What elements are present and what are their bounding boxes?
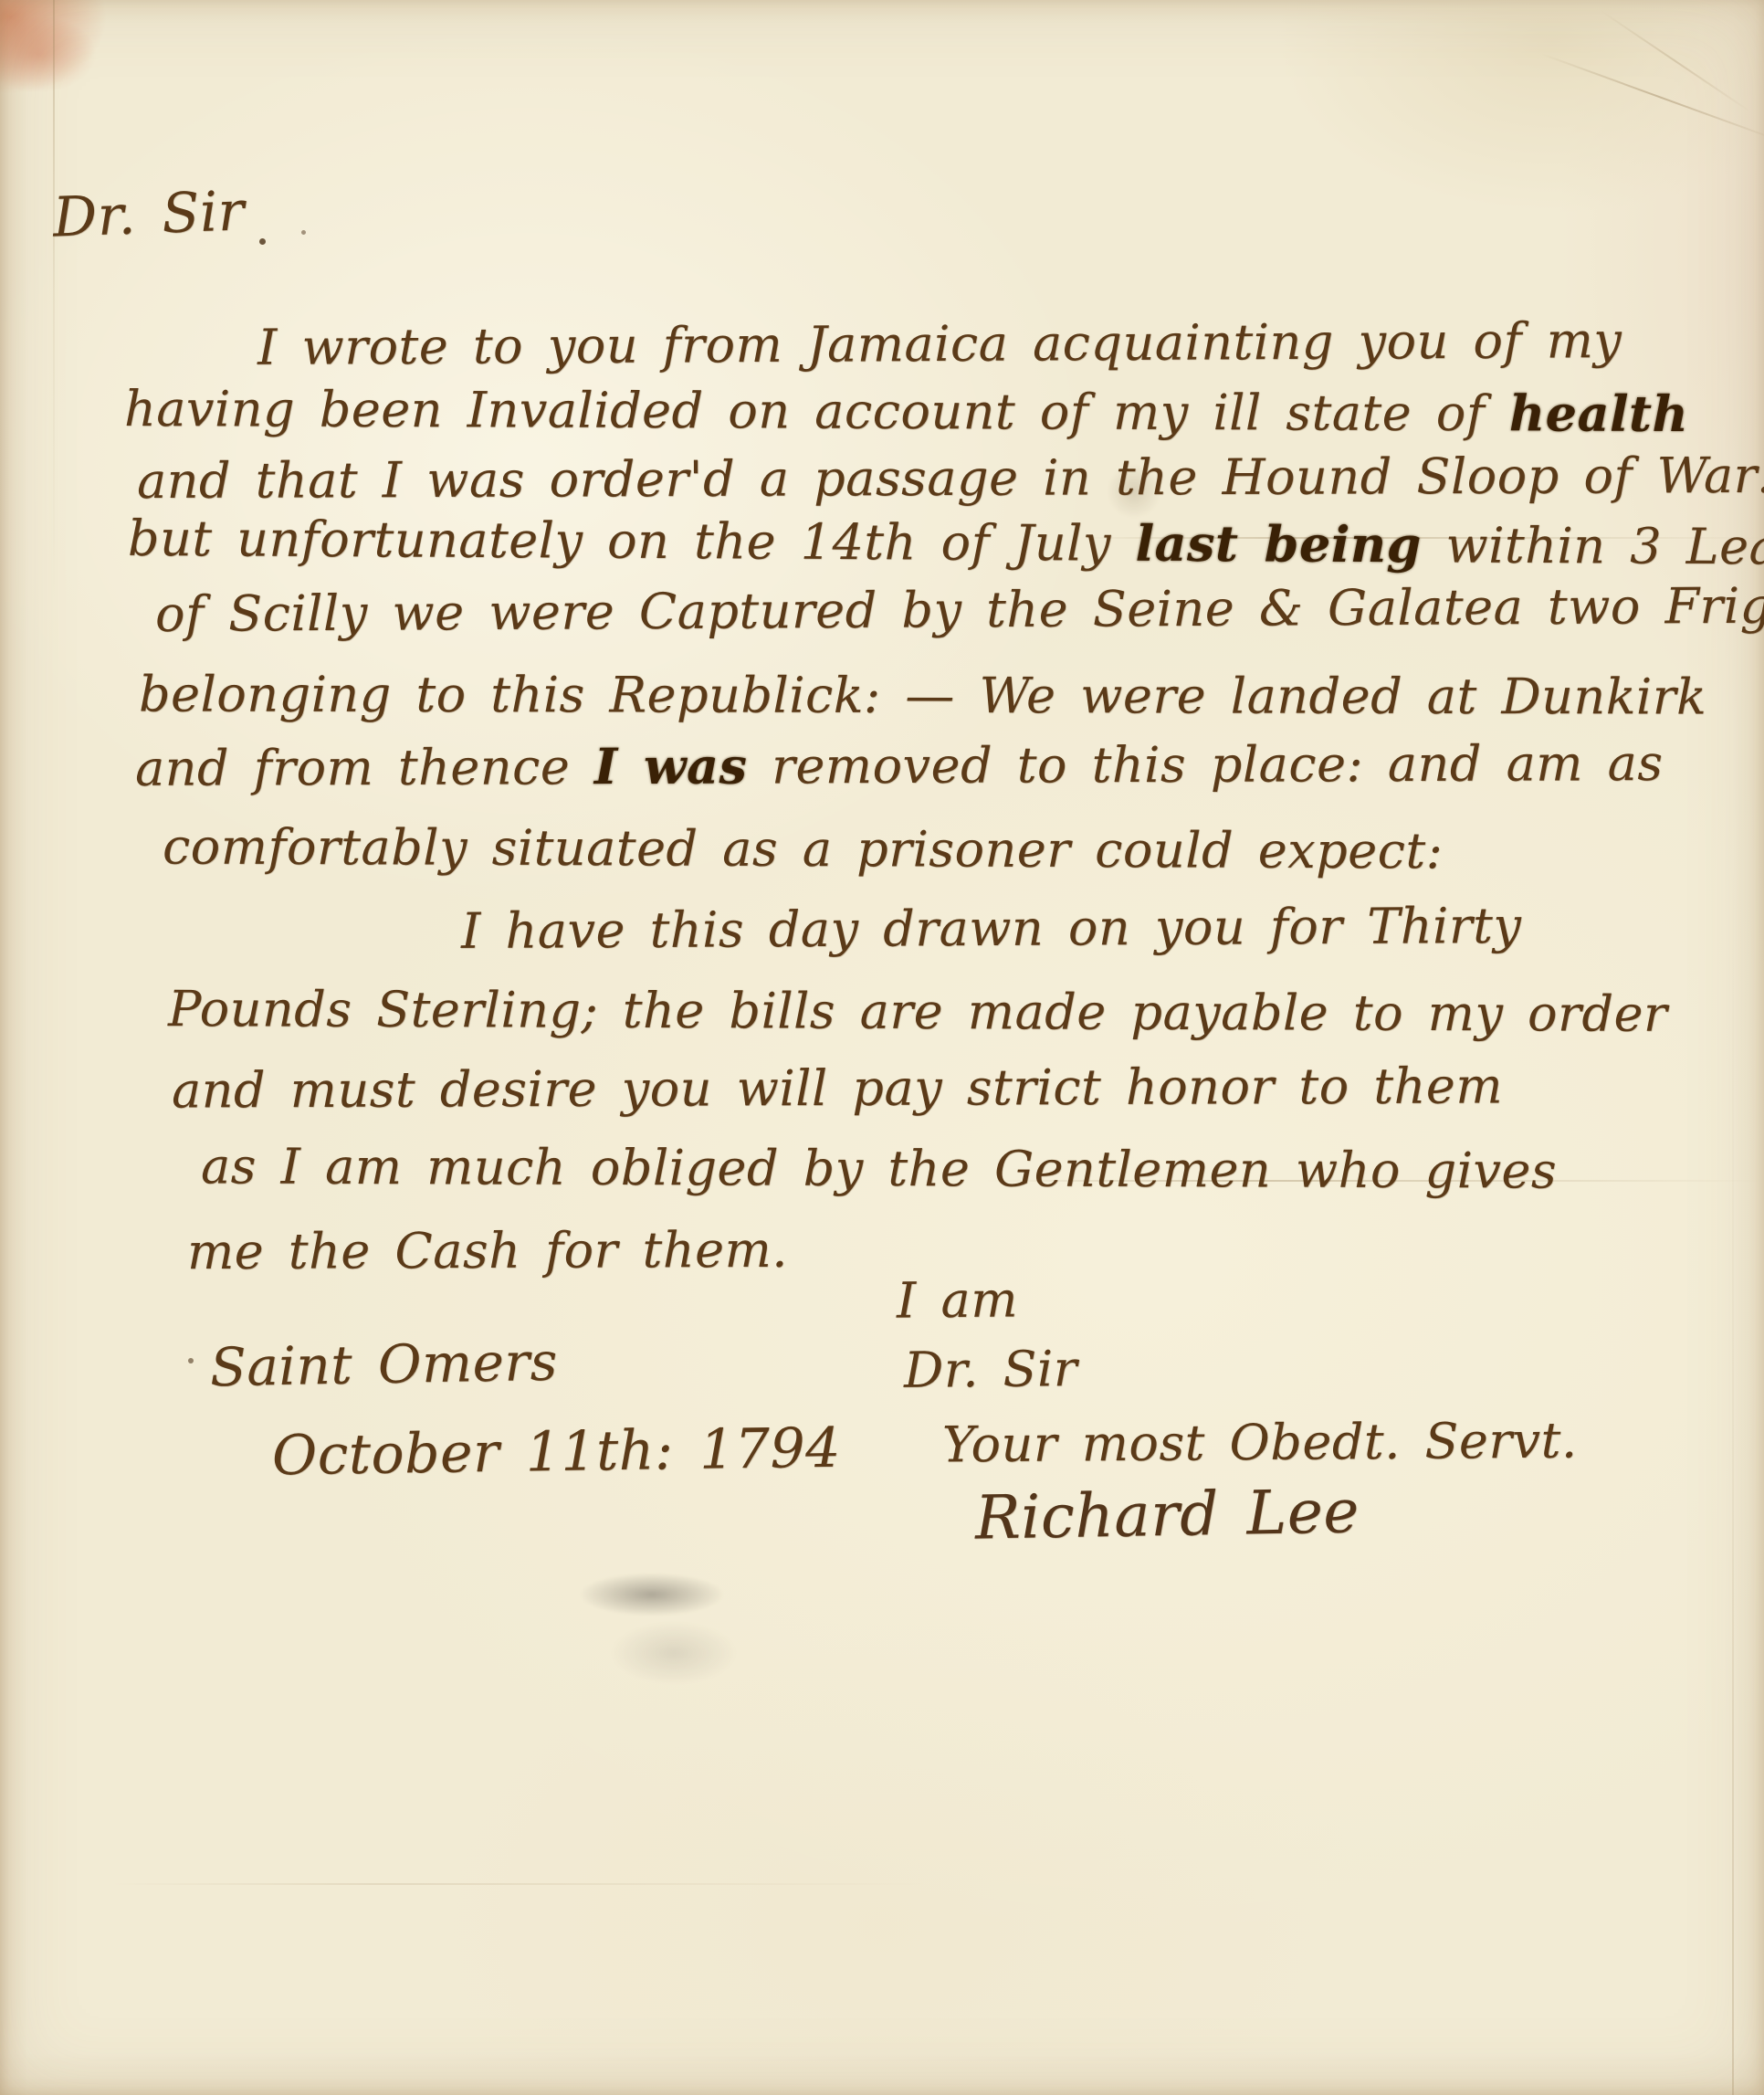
closing-obedient-servant: Your most Obedt. Servt.: [942, 1412, 1578, 1474]
letter-text: and from thence: [135, 738, 594, 797]
letter-line-p1-8: comfortably situated as a prisoner could…: [163, 818, 1444, 880]
struck-words: last being: [1135, 514, 1422, 574]
letter-line-p2-2: Pounds Sterling; the bills are made paya…: [168, 980, 1667, 1043]
overwritten-word: health: [1509, 384, 1689, 443]
letter-text: within 3 Leagues: [1422, 516, 1764, 576]
letter-line-p1-7: and from thence I was removed to this pl…: [135, 733, 1664, 797]
corner-crease-top-right-2: [1599, 9, 1751, 112]
letter-line-p2-4: as I am much obliged by the Gentlemen wh…: [201, 1137, 1557, 1199]
letter-page: Dr. Sir I wrote to you from Jamaica acqu…: [0, 0, 1764, 2095]
letter-line-p1-5: of Scilly we were Captured by the Seine …: [155, 576, 1764, 643]
fold-crease-left: [53, 0, 55, 603]
letter-line-p2-1: I have this day drawn on you for Thirty: [461, 897, 1522, 960]
letter-text: but unfortunately on the 14th of July: [128, 510, 1136, 573]
signature: Richard Lee: [974, 1476, 1360, 1553]
ink-dot-1: [259, 238, 266, 245]
letter-line-p1-6: belonging to this Republick: — We were l…: [139, 666, 1706, 726]
letter-line-p1-2: having been Invalided on account of my i…: [124, 379, 1689, 443]
letter-line-p1-4: but unfortunately on the 14th of July la…: [128, 509, 1764, 576]
letter-line-p2-5: me the Cash for them.: [187, 1221, 788, 1280]
letter-line-p1-3: and that I was order'd a passage in the …: [137, 447, 1764, 510]
overwritten-words: I was: [594, 737, 748, 796]
graphite-smudge-faint: [610, 1621, 738, 1685]
ink-dot-3: [188, 1358, 194, 1363]
letter-line-p1-1: I wrote to you from Jamaica acquainting …: [257, 311, 1622, 376]
fold-crease-right: [1732, 858, 1734, 2095]
salutation: Dr. Sir: [52, 179, 246, 249]
closing-dr-sir: Dr. Sir: [904, 1340, 1078, 1399]
closing-i-am: I am: [897, 1270, 1018, 1329]
letter-line-p2-3: and must desire you will pay strict hono…: [172, 1057, 1503, 1119]
graphite-smudge: [579, 1573, 725, 1616]
dateline-place: Saint Omers: [209, 1331, 558, 1399]
letter-text: removed to this place: and am as: [747, 734, 1663, 795]
ink-dot-2: [301, 230, 306, 235]
dateline-date: October 11th: 1794: [272, 1416, 842, 1489]
letter-text: having been Invalided on account of my i…: [124, 380, 1509, 442]
fold-crease-lower: [110, 1883, 931, 1885]
